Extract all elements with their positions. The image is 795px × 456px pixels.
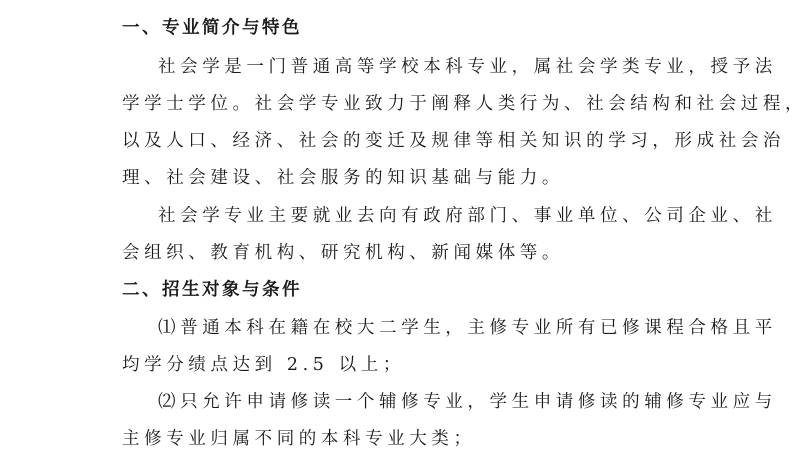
list-item-line: ⑴普通本科在籍在校大二学生，主修专业所有已修课程合格且平 (158, 314, 777, 339)
list-item-line: ⑵只允许申请修读一个辅修专业，学生申请修读的辅修专业应与 (158, 388, 777, 413)
list-item-line: 均学分绩点达到 2.5 以上； (122, 351, 405, 376)
paragraph-line: 理、社会建设、社会服务的知识基础与能力。 (122, 164, 564, 189)
section-heading-intro: 一、专业简介与特色 (122, 14, 302, 39)
paragraph-line: 学学士学位。社会学专业致力于阐释人类行为、社会结构和社会过程， (122, 90, 795, 115)
paragraph-line: 社会学是一门普通高等学校本科专业，属社会学类专业，授予法 (158, 53, 777, 78)
paragraph-line: 会组织、教育机构、研究机构、新闻媒体等。 (122, 239, 564, 264)
section-heading-admission: 二、招生对象与条件 (122, 276, 302, 301)
list-item-line: 主修专业归属不同的本科专业大类； (122, 425, 476, 450)
paragraph-line: 以及人口、经济、社会的变迁及规律等相关知识的学习，形成社会治 (122, 127, 785, 152)
paragraph-line: 社会学专业主要就业去向有政府部门、事业单位、公司企业、社 (158, 202, 777, 227)
